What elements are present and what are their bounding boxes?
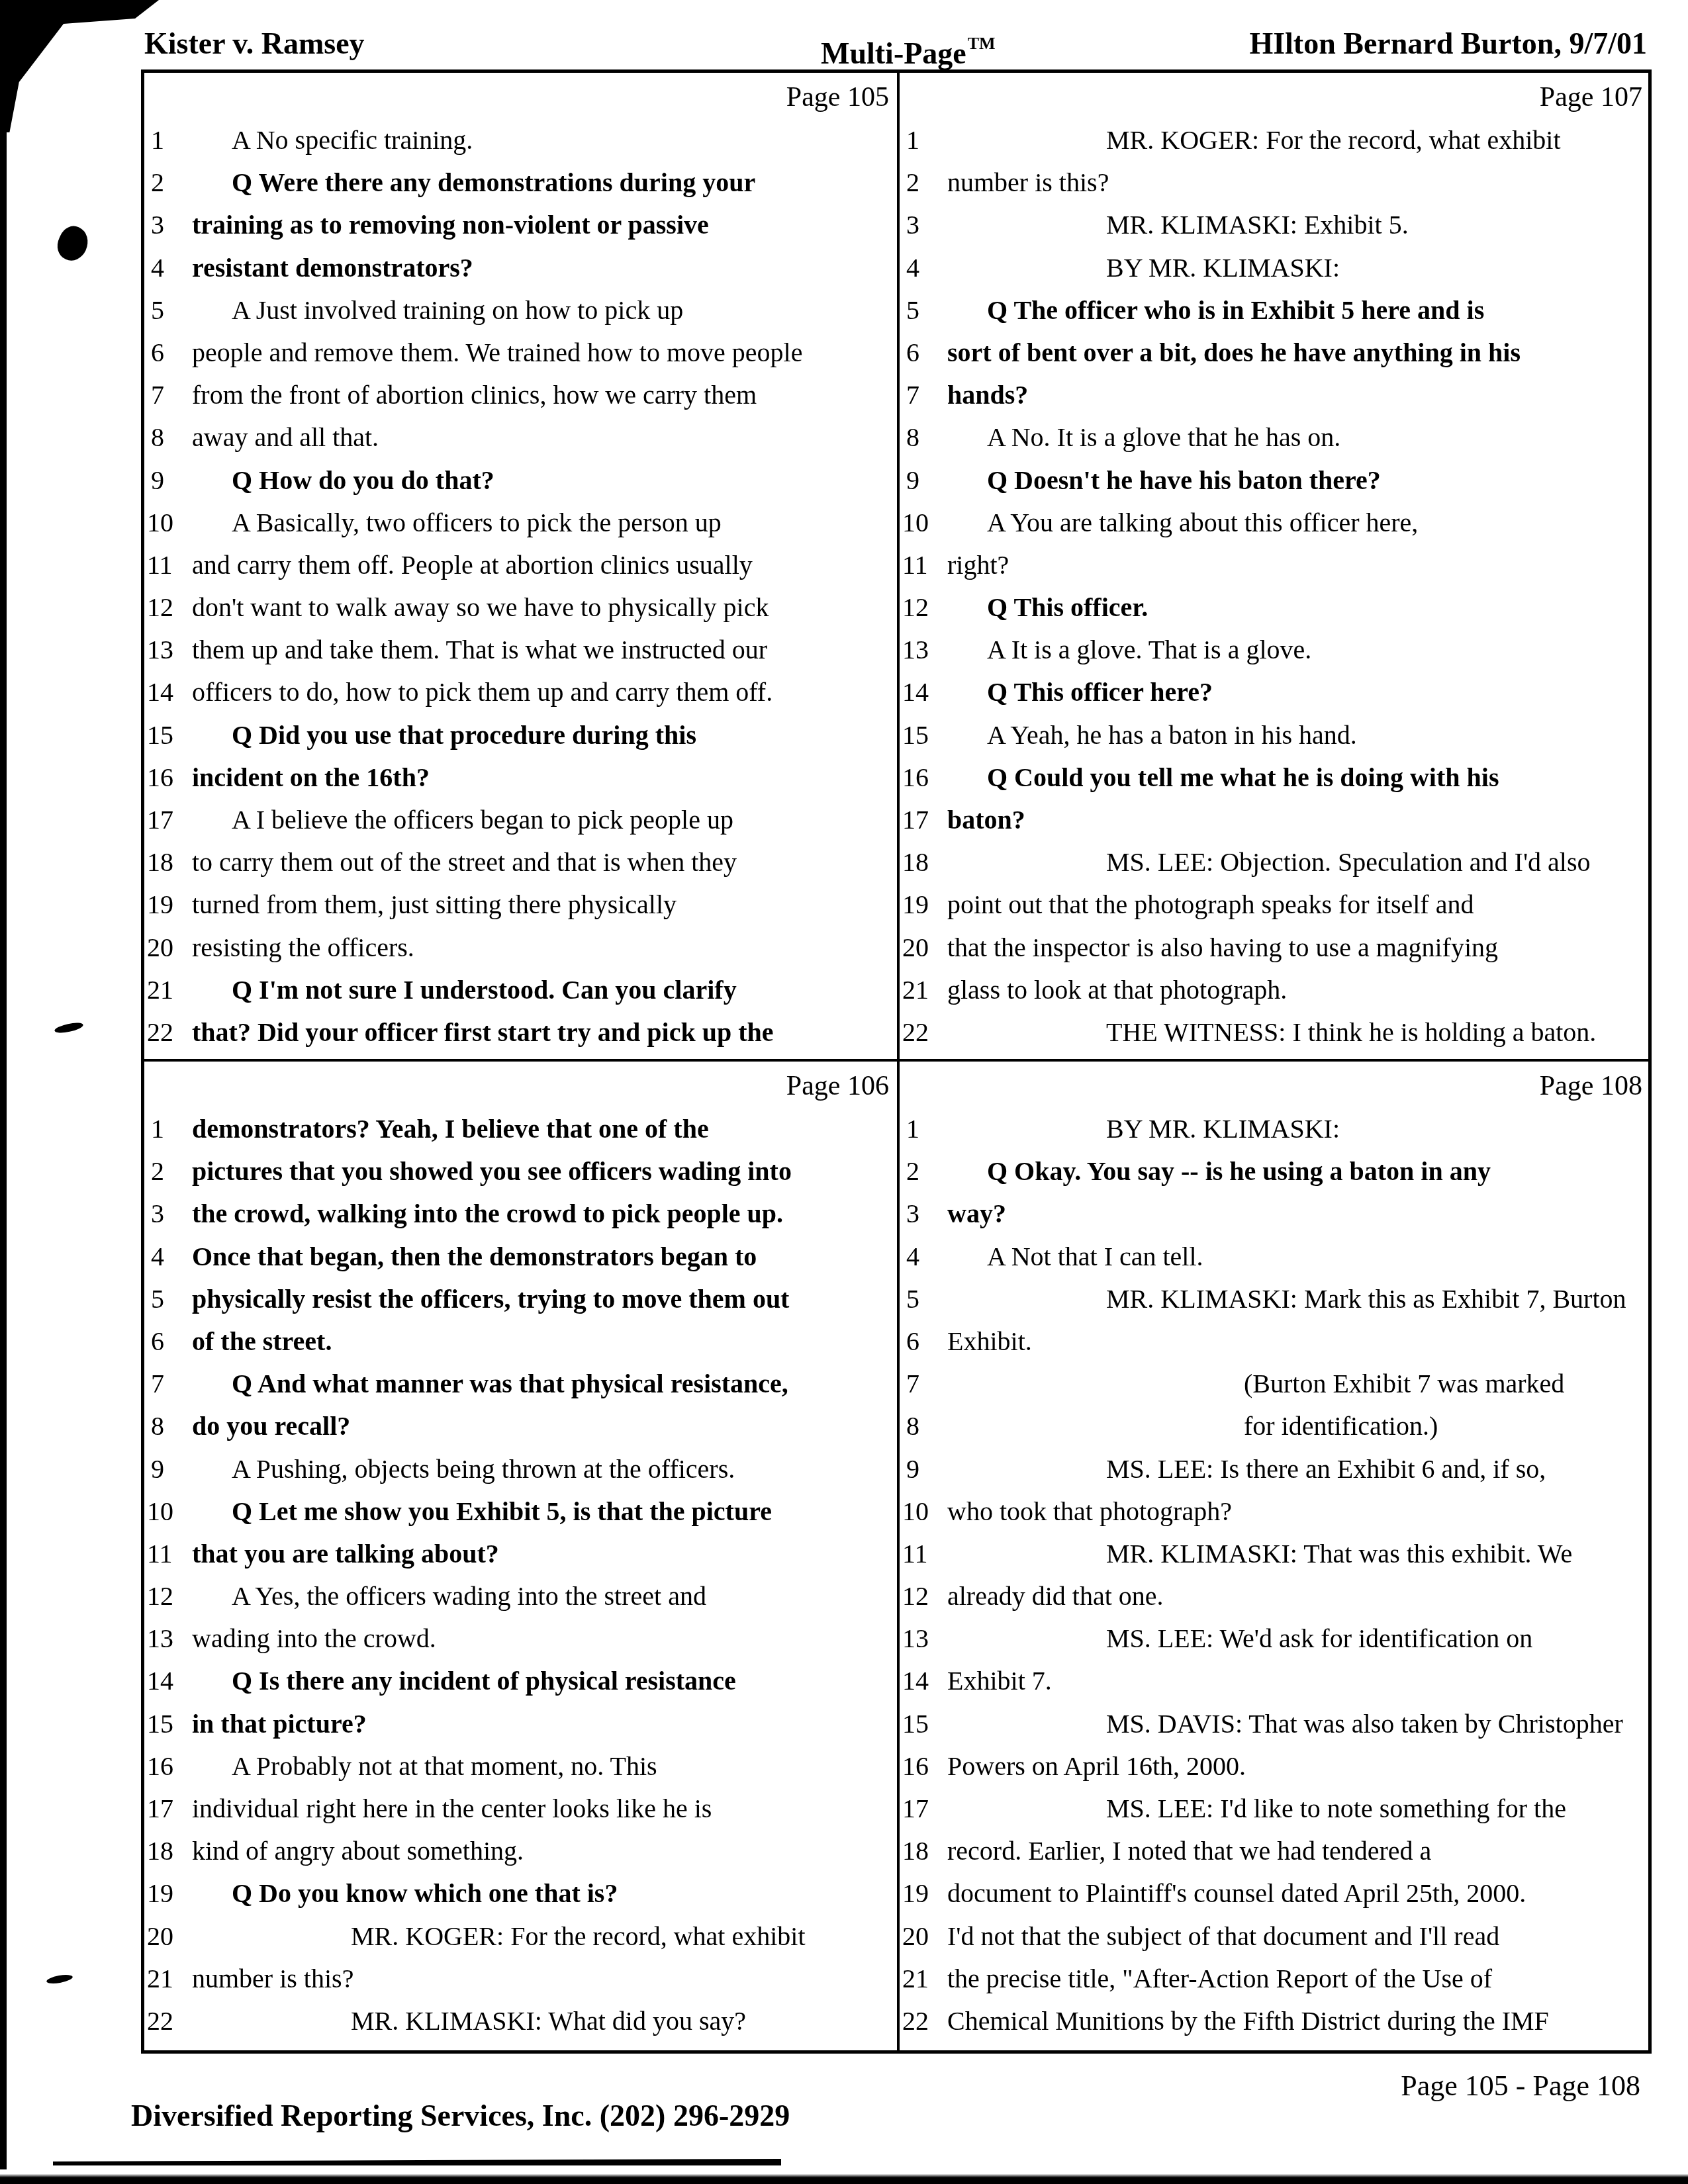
line-number: 1 xyxy=(906,1108,938,1150)
line-number: 10 xyxy=(147,502,179,544)
line-number: 4 xyxy=(906,247,938,289)
line-number: 10 xyxy=(902,502,934,544)
transcript-line: 4resistant demonstrators? xyxy=(144,247,897,289)
transcript-line: 10A Basically, two officers to pick the … xyxy=(144,502,897,544)
page-number: Page 105 xyxy=(144,81,897,119)
transcript-line: 18record. Earlier, I noted that we had t… xyxy=(900,1830,1650,1872)
line-number: 8 xyxy=(151,1405,183,1447)
line-text: kind of angry about something. xyxy=(192,1830,524,1872)
transcript-line: 8away and all that. xyxy=(144,416,897,459)
transcript-lines: 1MR. KOGER: For the record, what exhibit… xyxy=(900,119,1650,1054)
transcript-line: 10A You are talking about this officer h… xyxy=(900,502,1650,544)
line-text: Q Is there any incident of physical resi… xyxy=(232,1660,736,1702)
line-number: 10 xyxy=(147,1490,179,1533)
transcript-line: 3MR. KLIMASKI: Exhibit 5. xyxy=(900,204,1650,246)
transcript-line: 2Q Were there any demonstrations during … xyxy=(144,161,897,204)
line-text: A Yes, the officers wading into the stre… xyxy=(232,1575,706,1617)
transcript-line: 10who took that photograph? xyxy=(900,1490,1650,1533)
deponent-info: HIlton Bernard Burton, 9/7/01 xyxy=(1249,25,1647,62)
transcript-line: 13MS. LEE: We'd ask for identification o… xyxy=(900,1617,1650,1660)
line-number: 21 xyxy=(902,1958,934,2000)
line-text: A You are talking about this officer her… xyxy=(987,502,1418,544)
transcript-line: 8A No. It is a glove that he has on. xyxy=(900,416,1650,459)
line-number: 22 xyxy=(902,2000,934,2042)
transcript-page: Page 107 1MR. KOGER: For the record, wha… xyxy=(900,73,1650,1054)
line-number: 13 xyxy=(147,629,179,671)
line-text: do you recall? xyxy=(192,1405,350,1447)
line-number: 7 xyxy=(151,1363,183,1405)
line-number: 18 xyxy=(147,1830,179,1872)
line-number: 8 xyxy=(906,1405,938,1447)
line-number: 19 xyxy=(902,884,934,926)
format-label-text: Multi-Page xyxy=(821,36,966,70)
transcript-line: 11that you are talking about? xyxy=(144,1533,897,1575)
line-text: A Probably not at that moment, no. This xyxy=(232,1745,657,1788)
transcript-line: 5Q The officer who is in Exhibit 5 here … xyxy=(900,289,1650,332)
transcript-line: 7hands? xyxy=(900,374,1650,416)
line-number: 12 xyxy=(902,1575,934,1617)
line-number: 16 xyxy=(902,1745,934,1788)
line-text: to carry them out of the street and that… xyxy=(192,841,737,884)
transcript-line: 15MS. DAVIS: That was also taken by Chri… xyxy=(900,1703,1650,1745)
transcript-line: 16incident on the 16th? xyxy=(144,756,897,799)
line-number: 11 xyxy=(147,1533,179,1575)
line-number: 4 xyxy=(151,247,183,289)
line-number: 18 xyxy=(902,1830,934,1872)
line-number: 11 xyxy=(902,1533,934,1575)
line-number: 17 xyxy=(902,799,934,841)
line-number: 3 xyxy=(906,1193,938,1235)
line-text: number is this? xyxy=(947,161,1109,204)
line-text: the crowd, walking into the crowd to pic… xyxy=(192,1193,783,1235)
transcript-line: 2number is this? xyxy=(900,161,1650,204)
line-number: 4 xyxy=(151,1236,183,1278)
case-title: Kister v. Ramsey xyxy=(144,25,365,62)
transcript-line: 22MR. KLIMASKI: What did you say? xyxy=(144,2000,897,2042)
line-number: 11 xyxy=(147,544,179,586)
line-number: 1 xyxy=(151,119,183,161)
line-number: 19 xyxy=(147,1872,179,1915)
transcript-line: 12don't want to walk away so we have to … xyxy=(144,586,897,629)
line-text: point out that the photograph speaks for… xyxy=(947,884,1474,926)
line-text: I'd not that the subject of that documen… xyxy=(947,1915,1499,1958)
transcript-line: 7(Burton Exhibit 7 was marked xyxy=(900,1363,1650,1405)
scan-edge-left xyxy=(0,119,7,2184)
transcript-line: 18kind of angry about something. xyxy=(144,1830,897,1872)
page-range: Page 105 - Page 108 xyxy=(1401,2068,1640,2105)
transcript-line: 13them up and take them. That is what we… xyxy=(144,629,897,671)
format-label: Multi-PageTM xyxy=(821,25,996,72)
line-number: 21 xyxy=(147,1958,179,2000)
line-text: A Basically, two officers to pick the pe… xyxy=(232,502,722,544)
page-number: Page 106 xyxy=(144,1069,897,1108)
line-text: Q I'm not sure I understood. Can you cla… xyxy=(232,969,737,1011)
line-text: for identification.) xyxy=(1244,1405,1438,1447)
line-number: 5 xyxy=(906,1278,938,1320)
line-text: pictures that you showed you see officer… xyxy=(192,1150,792,1193)
line-text: document to Plaintiff's counsel dated Ap… xyxy=(947,1872,1526,1915)
line-number: 22 xyxy=(147,1011,179,1054)
line-number: 3 xyxy=(151,1193,183,1235)
transcript-line: 21Q I'm not sure I understood. Can you c… xyxy=(144,969,897,1011)
transcript-line: 9A Pushing, objects being thrown at the … xyxy=(144,1448,897,1490)
line-text: MR. KLIMASKI: Mark this as Exhibit 7, Bu… xyxy=(1106,1278,1626,1320)
line-text: individual right here in the center look… xyxy=(192,1788,712,1830)
line-text: MR. KLIMASKI: What did you say? xyxy=(351,2000,746,2042)
transcript-line: 8for identification.) xyxy=(900,1405,1650,1447)
line-text: A I believe the officers began to pick p… xyxy=(232,799,733,841)
line-text: MS. LEE: Objection. Speculation and I'd … xyxy=(1106,841,1591,884)
line-number: 7 xyxy=(906,374,938,416)
transcript-line: 5physically resist the officers, trying … xyxy=(144,1278,897,1320)
transcript-line: 11right? xyxy=(900,544,1650,586)
line-number: 19 xyxy=(902,1872,934,1915)
line-number: 16 xyxy=(902,756,934,799)
line-number: 9 xyxy=(151,459,183,502)
line-number: 19 xyxy=(147,884,179,926)
line-number: 9 xyxy=(151,1448,183,1490)
line-number: 5 xyxy=(906,289,938,332)
line-number: 13 xyxy=(147,1617,179,1660)
line-text: A No specific training. xyxy=(232,119,473,161)
line-text: Q Could you tell me what he is doing wit… xyxy=(987,756,1499,799)
line-number: 6 xyxy=(151,332,183,374)
transcript-line: 17baton? xyxy=(900,799,1650,841)
punch-hole-mark xyxy=(52,222,93,265)
transcript-line: 12Q This officer. xyxy=(900,586,1650,629)
line-number: 15 xyxy=(902,1703,934,1745)
scan-edge-bottom xyxy=(0,2169,1688,2184)
line-number: 1 xyxy=(906,119,938,161)
line-number: 8 xyxy=(151,416,183,459)
transcript-line: 1MR. KOGER: For the record, what exhibit xyxy=(900,119,1650,161)
transcript-line: 16Q Could you tell me what he is doing w… xyxy=(900,756,1650,799)
line-text: Q This officer here? xyxy=(987,671,1213,713)
line-text: resisting the officers. xyxy=(192,927,414,969)
line-number: 14 xyxy=(902,671,934,713)
transcript-line: 12A Yes, the officers wading into the st… xyxy=(144,1575,897,1617)
line-text: from the front of abortion clinics, how … xyxy=(192,374,757,416)
scan-edge-bottom-stroke xyxy=(53,2159,781,2165)
line-text: incident on the 16th? xyxy=(192,756,430,799)
line-text: MR. KOGER: For the record, what exhibit xyxy=(1106,119,1561,161)
transcript-line: 20that the inspector is also having to u… xyxy=(900,927,1650,969)
line-number: 15 xyxy=(147,1703,179,1745)
line-text: of the street. xyxy=(192,1320,332,1363)
line-number: 6 xyxy=(906,332,938,374)
line-text: Powers on April 16th, 2000. xyxy=(947,1745,1246,1788)
line-number: 16 xyxy=(147,1745,179,1788)
transcript-line: 1A No specific training. xyxy=(144,119,897,161)
line-number: 11 xyxy=(902,544,934,586)
line-text: physically resist the officers, trying t… xyxy=(192,1278,789,1320)
line-text: Q Let me show you Exhibit 5, is that the… xyxy=(232,1490,772,1533)
line-number: 12 xyxy=(147,586,179,629)
line-text: in that picture? xyxy=(192,1703,367,1745)
transcript-lines: 1BY MR. KLIMASKI:2Q Okay. You say -- is … xyxy=(900,1108,1650,2042)
line-number: 2 xyxy=(151,1150,183,1193)
transcript-line: 7from the front of abortion clinics, how… xyxy=(144,374,897,416)
line-text: MR. KLIMASKI: That was this exhibit. We xyxy=(1106,1533,1572,1575)
line-number: 14 xyxy=(147,1660,179,1702)
line-text: A No. It is a glove that he has on. xyxy=(987,416,1340,459)
line-text: glass to look at that photograph. xyxy=(947,969,1287,1011)
line-text: Q Okay. You say -- is he using a baton i… xyxy=(987,1150,1491,1193)
line-text: MS. DAVIS: That was also taken by Christ… xyxy=(1106,1703,1623,1745)
line-text: MR. KOGER: For the record, what exhibit xyxy=(351,1915,806,1958)
transcript-line: 15A Yeah, he has a baton in his hand. xyxy=(900,714,1650,756)
line-text: right? xyxy=(947,544,1009,586)
line-text: and carry them off. People at abortion c… xyxy=(192,544,753,586)
transcript-line: 4BY MR. KLIMASKI: xyxy=(900,247,1650,289)
line-number: 22 xyxy=(147,2000,179,2042)
line-text: A Yeah, he has a baton in his hand. xyxy=(987,714,1357,756)
line-number: 15 xyxy=(147,714,179,756)
line-text: Exhibit 7. xyxy=(947,1660,1052,1702)
transcript-line: 19turned from them, just sitting there p… xyxy=(144,884,897,926)
transcript-line: 20MR. KOGER: For the record, what exhibi… xyxy=(144,1915,897,1958)
transcript-line: 6people and remove them. We trained how … xyxy=(144,332,897,374)
transcript-line: 6sort of bent over a bit, does he have a… xyxy=(900,332,1650,374)
line-number: 12 xyxy=(147,1575,179,1617)
transcript-line: 22that? Did your officer first start try… xyxy=(144,1011,897,1054)
line-number: 9 xyxy=(906,1448,938,1490)
line-text: them up and take them. That is what we i… xyxy=(192,629,767,671)
line-number: 22 xyxy=(902,1011,934,1054)
line-number: 20 xyxy=(147,1915,179,1958)
transcript-line: 3way? xyxy=(900,1193,1650,1235)
line-number: 10 xyxy=(902,1490,934,1533)
line-text: number is this? xyxy=(192,1958,353,2000)
line-number: 13 xyxy=(902,629,934,671)
line-number: 16 xyxy=(147,756,179,799)
transcript-line: 18to carry them out of the street and th… xyxy=(144,841,897,884)
line-number: 14 xyxy=(147,671,179,713)
line-text: Chemical Munitions by the Fifth District… xyxy=(947,2000,1549,2042)
line-text: Exhibit. xyxy=(947,1320,1032,1363)
line-text: A Pushing, objects being thrown at the o… xyxy=(232,1448,735,1490)
transcript-line: 2Q Okay. You say -- is he using a baton … xyxy=(900,1150,1650,1193)
line-text: Q Doesn't he have his baton there? xyxy=(987,459,1381,502)
line-number: 12 xyxy=(902,586,934,629)
transcript-page: Page 108 1BY MR. KLIMASKI:2Q Okay. You s… xyxy=(900,1062,1650,2042)
transcript-line: 1demonstrators? Yeah, I believe that one… xyxy=(144,1108,897,1150)
line-text: wading into the crowd. xyxy=(192,1617,436,1660)
line-number: 5 xyxy=(151,289,183,332)
transcript-line: 14officers to do, how to pick them up an… xyxy=(144,671,897,713)
line-text: MS. LEE: We'd ask for identification on xyxy=(1106,1617,1532,1660)
line-number: 20 xyxy=(902,1915,934,1958)
transcript-line: 7Q And what manner was that physical res… xyxy=(144,1363,897,1405)
punch-hole-mark xyxy=(54,1021,84,1035)
line-text: A It is a glove. That is a glove. xyxy=(987,629,1311,671)
transcript-line: 19Q Do you know which one that is? xyxy=(144,1872,897,1915)
line-number: 21 xyxy=(147,969,179,1011)
transcript-line: 17individual right here in the center lo… xyxy=(144,1788,897,1830)
line-text: Once that began, then the demonstrators … xyxy=(192,1236,757,1278)
line-text: turned from them, just sitting there phy… xyxy=(192,884,677,926)
line-number: 7 xyxy=(151,374,183,416)
line-text: that the inspector is also having to use… xyxy=(947,927,1498,969)
transcript-line: 9Q Doesn't he have his baton there? xyxy=(900,459,1650,502)
line-text: officers to do, how to pick them up and … xyxy=(192,671,773,713)
transcript-line: 11MR. KLIMASKI: That was this exhibit. W… xyxy=(900,1533,1650,1575)
transcript-line: 14Exhibit 7. xyxy=(900,1660,1650,1702)
transcript-line: 12already did that one. xyxy=(900,1575,1650,1617)
transcript-line: 6Exhibit. xyxy=(900,1320,1650,1363)
line-text: (Burton Exhibit 7 was marked xyxy=(1244,1363,1564,1405)
line-text: already did that one. xyxy=(947,1575,1164,1617)
line-text: away and all that. xyxy=(192,416,379,459)
line-text: MS. LEE: I'd like to note something for … xyxy=(1106,1788,1566,1830)
transcript-line: 3the crowd, walking into the crowd to pi… xyxy=(144,1193,897,1235)
reporting-company: Diversified Reporting Services, Inc. (20… xyxy=(131,2097,790,2135)
line-number: 5 xyxy=(151,1278,183,1320)
line-number: 20 xyxy=(147,927,179,969)
line-text: Q Do you know which one that is? xyxy=(232,1872,618,1915)
transcript-line: 15Q Did you use that procedure during th… xyxy=(144,714,897,756)
line-text: baton? xyxy=(947,799,1025,841)
line-number: 20 xyxy=(902,927,934,969)
line-number: 3 xyxy=(151,204,183,246)
transcript-line: 8do you recall? xyxy=(144,1405,897,1447)
line-text: Q How do you do that? xyxy=(232,459,494,502)
line-text: people and remove them. We trained how t… xyxy=(192,332,802,374)
line-text: A Not that I can tell. xyxy=(987,1236,1203,1278)
line-text: Q The officer who is in Exhibit 5 here a… xyxy=(987,289,1484,332)
line-number: 1 xyxy=(151,1108,183,1150)
transcript-line: 16Powers on April 16th, 2000. xyxy=(900,1745,1650,1788)
trademark-mark: TM xyxy=(968,34,996,53)
line-number: 6 xyxy=(906,1320,938,1363)
line-text: MS. LEE: Is there an Exhibit 6 and, if s… xyxy=(1106,1448,1546,1490)
line-text: THE WITNESS: I think he is holding a bat… xyxy=(1106,1011,1596,1054)
line-number: 3 xyxy=(906,204,938,246)
transcript-line: 1BY MR. KLIMASKI: xyxy=(900,1108,1650,1150)
line-text: BY MR. KLIMASKI: xyxy=(1106,1108,1340,1150)
line-number: 17 xyxy=(147,799,179,841)
transcript-line: 18MS. LEE: Objection. Speculation and I'… xyxy=(900,841,1650,884)
line-text: who took that photograph? xyxy=(947,1490,1232,1533)
transcript-line: 20I'd not that the subject of that docum… xyxy=(900,1915,1650,1958)
transcript-line: 22THE WITNESS: I think he is holding a b… xyxy=(900,1011,1650,1054)
transcript-line: 14Q Is there any incident of physical re… xyxy=(144,1660,897,1702)
line-text: Q And what manner was that physical resi… xyxy=(232,1363,788,1405)
transcript-line: 17MS. LEE: I'd like to note something fo… xyxy=(900,1788,1650,1830)
line-text: Q Were there any demonstrations during y… xyxy=(232,161,755,204)
line-number: 18 xyxy=(147,841,179,884)
transcript-line: 17A I believe the officers began to pick… xyxy=(144,799,897,841)
transcript-lines: 1A No specific training.2Q Were there an… xyxy=(144,119,897,1054)
line-number: 9 xyxy=(906,459,938,502)
transcript-line: 4A Not that I can tell. xyxy=(900,1236,1650,1278)
line-number: 4 xyxy=(906,1236,938,1278)
line-number: 14 xyxy=(902,1660,934,1702)
line-number: 17 xyxy=(147,1788,179,1830)
transcript-line: 13A It is a glove. That is a glove. xyxy=(900,629,1650,671)
transcript-line: 16A Probably not at that moment, no. Thi… xyxy=(144,1745,897,1788)
line-number: 2 xyxy=(151,161,183,204)
scan-edge-shadow xyxy=(0,0,159,132)
page-number: Page 107 xyxy=(900,81,1650,119)
line-text: don't want to walk away so we have to ph… xyxy=(192,586,769,629)
transcript-line: 19document to Plaintiff's counsel dated … xyxy=(900,1872,1650,1915)
line-text: resistant demonstrators? xyxy=(192,247,473,289)
transcript-line: 6of the street. xyxy=(144,1320,897,1363)
transcript-line: 9MS. LEE: Is there an Exhibit 6 and, if … xyxy=(900,1448,1650,1490)
line-text: A Just involved training on how to pick … xyxy=(232,289,683,332)
transcript-line: 15in that picture? xyxy=(144,1703,897,1745)
line-text: record. Earlier, I noted that we had ten… xyxy=(947,1830,1431,1872)
transcript-line: 21glass to look at that photograph. xyxy=(900,969,1650,1011)
line-number: 18 xyxy=(902,841,934,884)
line-number: 17 xyxy=(902,1788,934,1830)
transcript-line: 5MR. KLIMASKI: Mark this as Exhibit 7, B… xyxy=(900,1278,1650,1320)
transcript-line: 21number is this? xyxy=(144,1958,897,2000)
transcript-line: 10Q Let me show you Exhibit 5, is that t… xyxy=(144,1490,897,1533)
line-number: 2 xyxy=(906,161,938,204)
transcript-line: 5A Just involved training on how to pick… xyxy=(144,289,897,332)
punch-hole-mark xyxy=(46,1974,73,1985)
transcript-page: Page 106 1demonstrators? Yeah, I believe… xyxy=(144,1062,897,2042)
line-text: Q Did you use that procedure during this xyxy=(232,714,696,756)
transcript-line: 20resisting the officers. xyxy=(144,927,897,969)
line-number: 13 xyxy=(902,1617,934,1660)
transcript-line: 19point out that the photograph speaks f… xyxy=(900,884,1650,926)
line-number: 2 xyxy=(906,1150,938,1193)
line-text: the precise title, "After-Action Report … xyxy=(947,1958,1492,2000)
transcript-line: 4Once that began, then the demonstrators… xyxy=(144,1236,897,1278)
transcript-line: 21the precise title, "After-Action Repor… xyxy=(900,1958,1650,2000)
page-number: Page 108 xyxy=(900,1069,1650,1108)
line-text: sort of bent over a bit, does he have an… xyxy=(947,332,1521,374)
line-number: 21 xyxy=(902,969,934,1011)
line-text: hands? xyxy=(947,374,1028,416)
line-number: 8 xyxy=(906,416,938,459)
transcript-line: 13wading into the crowd. xyxy=(144,1617,897,1660)
line-text: demonstrators? Yeah, I believe that one … xyxy=(192,1108,709,1150)
line-text: Q This officer. xyxy=(987,586,1148,629)
line-text: way? xyxy=(947,1193,1006,1235)
line-text: that you are talking about? xyxy=(192,1533,499,1575)
line-number: 6 xyxy=(151,1320,183,1363)
line-text: training as to removing non-violent or p… xyxy=(192,204,709,246)
transcript-line: 14Q This officer here? xyxy=(900,671,1650,713)
transcript-line: 3training as to removing non-violent or … xyxy=(144,204,897,246)
line-number: 7 xyxy=(906,1363,938,1405)
transcript-line: 11and carry them off. People at abortion… xyxy=(144,544,897,586)
line-text: that? Did your officer first start try a… xyxy=(192,1011,773,1054)
line-text: MR. KLIMASKI: Exhibit 5. xyxy=(1106,204,1409,246)
line-number: 15 xyxy=(902,714,934,756)
transcript-line: 2pictures that you showed you see office… xyxy=(144,1150,897,1193)
transcript-lines: 1demonstrators? Yeah, I believe that one… xyxy=(144,1108,897,2042)
transcript-line: 9Q How do you do that? xyxy=(144,459,897,502)
transcript-page: Page 105 1A No specific training.2Q Were… xyxy=(144,73,897,1054)
transcript-line: 22Chemical Munitions by the Fifth Distri… xyxy=(900,2000,1650,2042)
line-text: BY MR. KLIMASKI: xyxy=(1106,247,1340,289)
